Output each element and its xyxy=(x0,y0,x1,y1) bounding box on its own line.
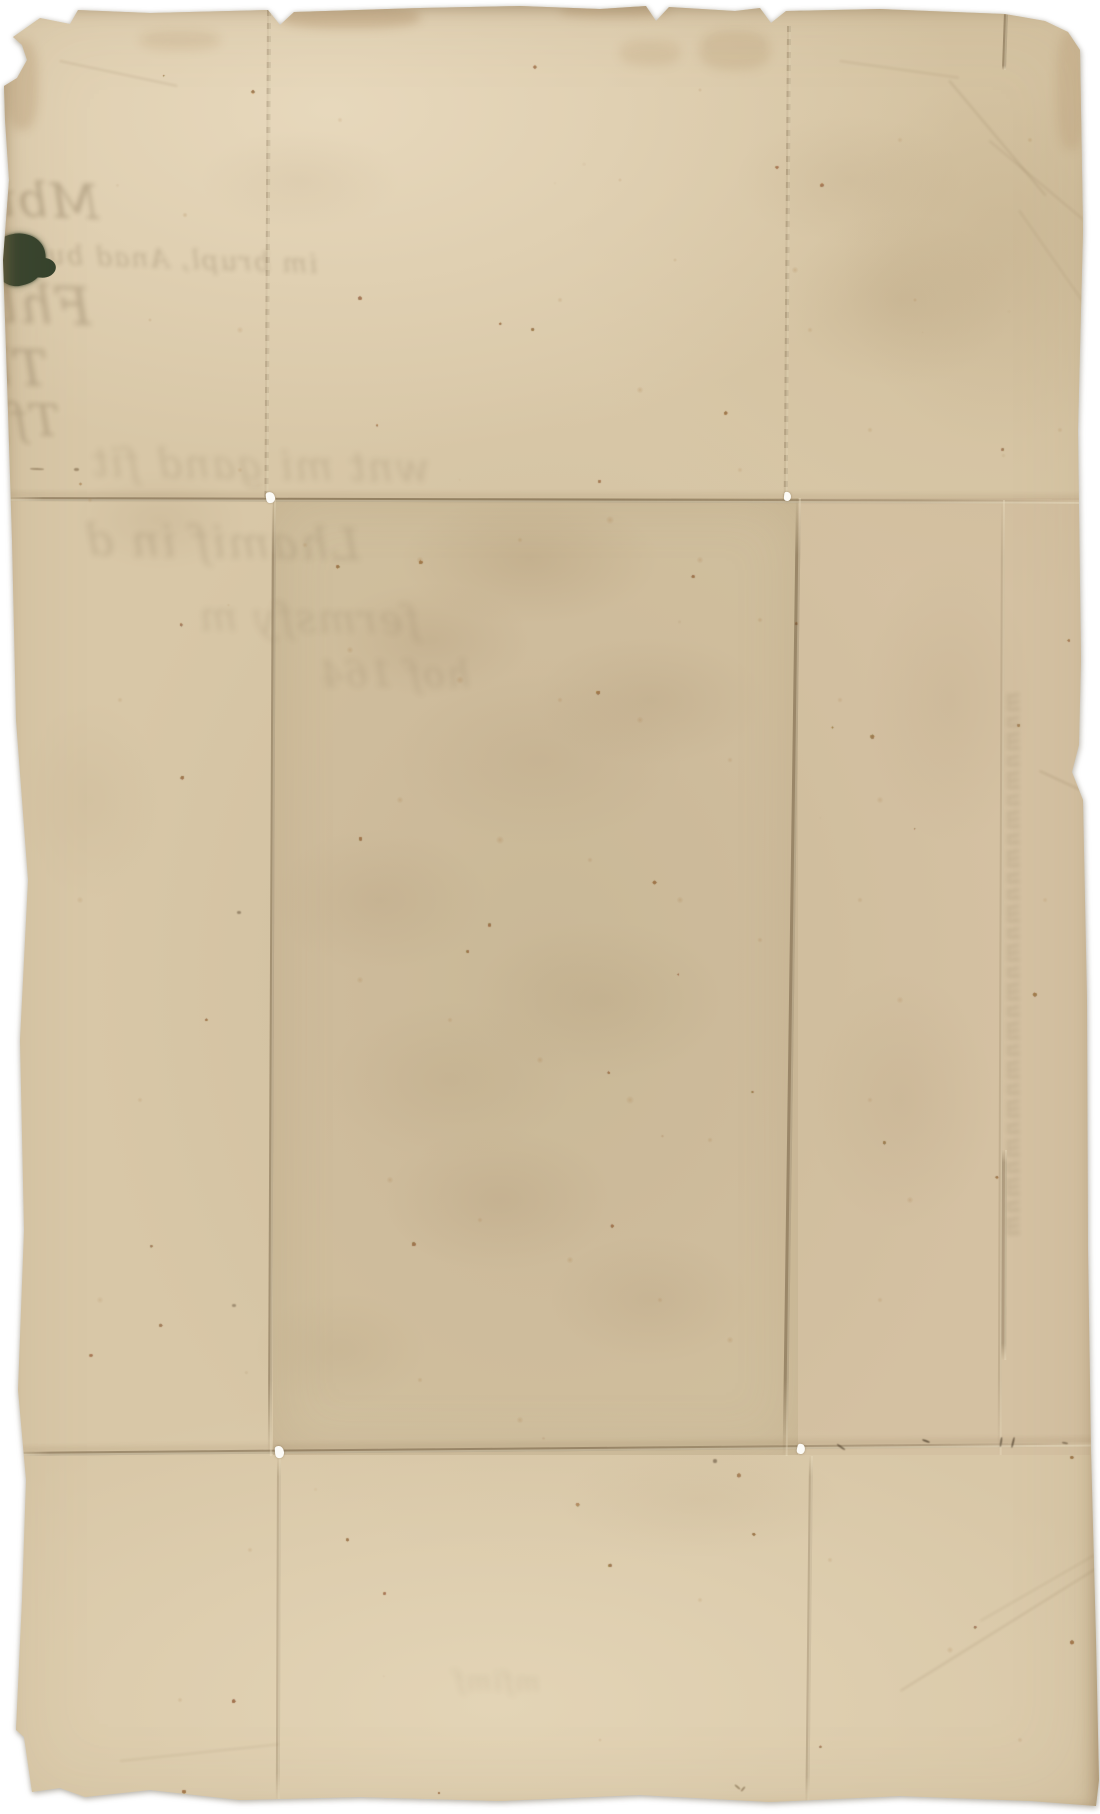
paper-sheet: Mbifints Jof jm if M Mb Fūt Lubimigim br… xyxy=(0,0,1100,1814)
fold-tear-white xyxy=(796,2,804,10)
edge-shading xyxy=(0,0,1100,1814)
ink-fleck xyxy=(1090,958,1093,964)
scanned-document: Mbifints Jof jm if M Mb Fūt Lubimigim br… xyxy=(0,0,1100,1814)
paper-drop-shadow: Mbifints Jof jm if M Mb Fūt Lubimigim br… xyxy=(0,0,1100,1814)
